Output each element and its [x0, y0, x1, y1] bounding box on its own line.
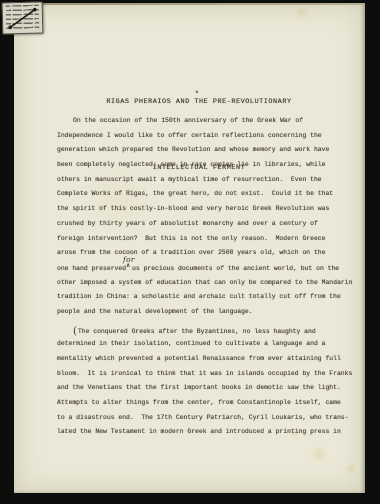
text-line: (The conquered Greeks after the Byzantin…: [57, 326, 353, 341]
text-line: determined in their isolation, continued…: [57, 340, 353, 355]
text-line: foreign intervention? But this is not th…: [57, 235, 353, 250]
handwritten-word: for: [123, 255, 135, 264]
handwritten-bracket: (: [73, 326, 77, 337]
paragraph: On the occasion of the 150th anniversary…: [57, 117, 353, 323]
document-page: RIGAS PHERAIOS AND THE PRE-REVOLUTIONARY…: [14, 3, 365, 493]
handwritten-insertion: ∧for: [126, 264, 132, 270]
text-line: tradition in China: a scholastic and arc…: [57, 293, 353, 308]
text-line: been completely neglected; some in rare …: [57, 161, 353, 176]
text-line: Attempts to alter things from the center…: [57, 399, 353, 414]
text-line: arose from the cocoon of a tradition ove…: [57, 249, 353, 264]
text-line: Complete Works of Rigas, the great hero,…: [57, 190, 353, 205]
text-line: bloom. It is ironical to think that it w…: [57, 370, 353, 385]
text-line: others in manuscript await a mythical ti…: [57, 176, 353, 191]
text-line: Independence I would like to offer certa…: [57, 132, 353, 147]
text-line: the spirit of this costly-in-blood and v…: [57, 205, 353, 220]
text-line: people and the natural development of th…: [57, 308, 353, 323]
text-line: crushed by thirty years of absolutist mo…: [57, 220, 353, 235]
text-line: generation which prepared the Revolution…: [57, 146, 353, 161]
text-line: On the occasion of the 150th anniversary…: [57, 117, 353, 132]
stamp-diagonal-mark: [3, 2, 43, 33]
text-line: lated the New Testament in modern Greek …: [57, 428, 353, 443]
section-separator-asterisk: *: [57, 91, 337, 99]
text-line: other imposed a system of education that…: [57, 279, 353, 294]
text-line: mentality which prevented a potential Re…: [57, 355, 353, 370]
corner-stamp: [2, 1, 44, 34]
document-body: On the occasion of the 150th anniversary…: [57, 117, 353, 443]
paragraph: (The conquered Greeks after the Byzantin…: [57, 326, 353, 444]
text-line: one hand preserved∧forus precious docume…: [57, 264, 353, 279]
text-line: to a disastrous end. The 17th Century Pa…: [57, 414, 353, 429]
scan-background: RIGAS PHERAIOS AND THE PRE-REVOLUTIONARY…: [0, 0, 380, 504]
text-line: and the Venetians that the first importa…: [57, 384, 353, 399]
